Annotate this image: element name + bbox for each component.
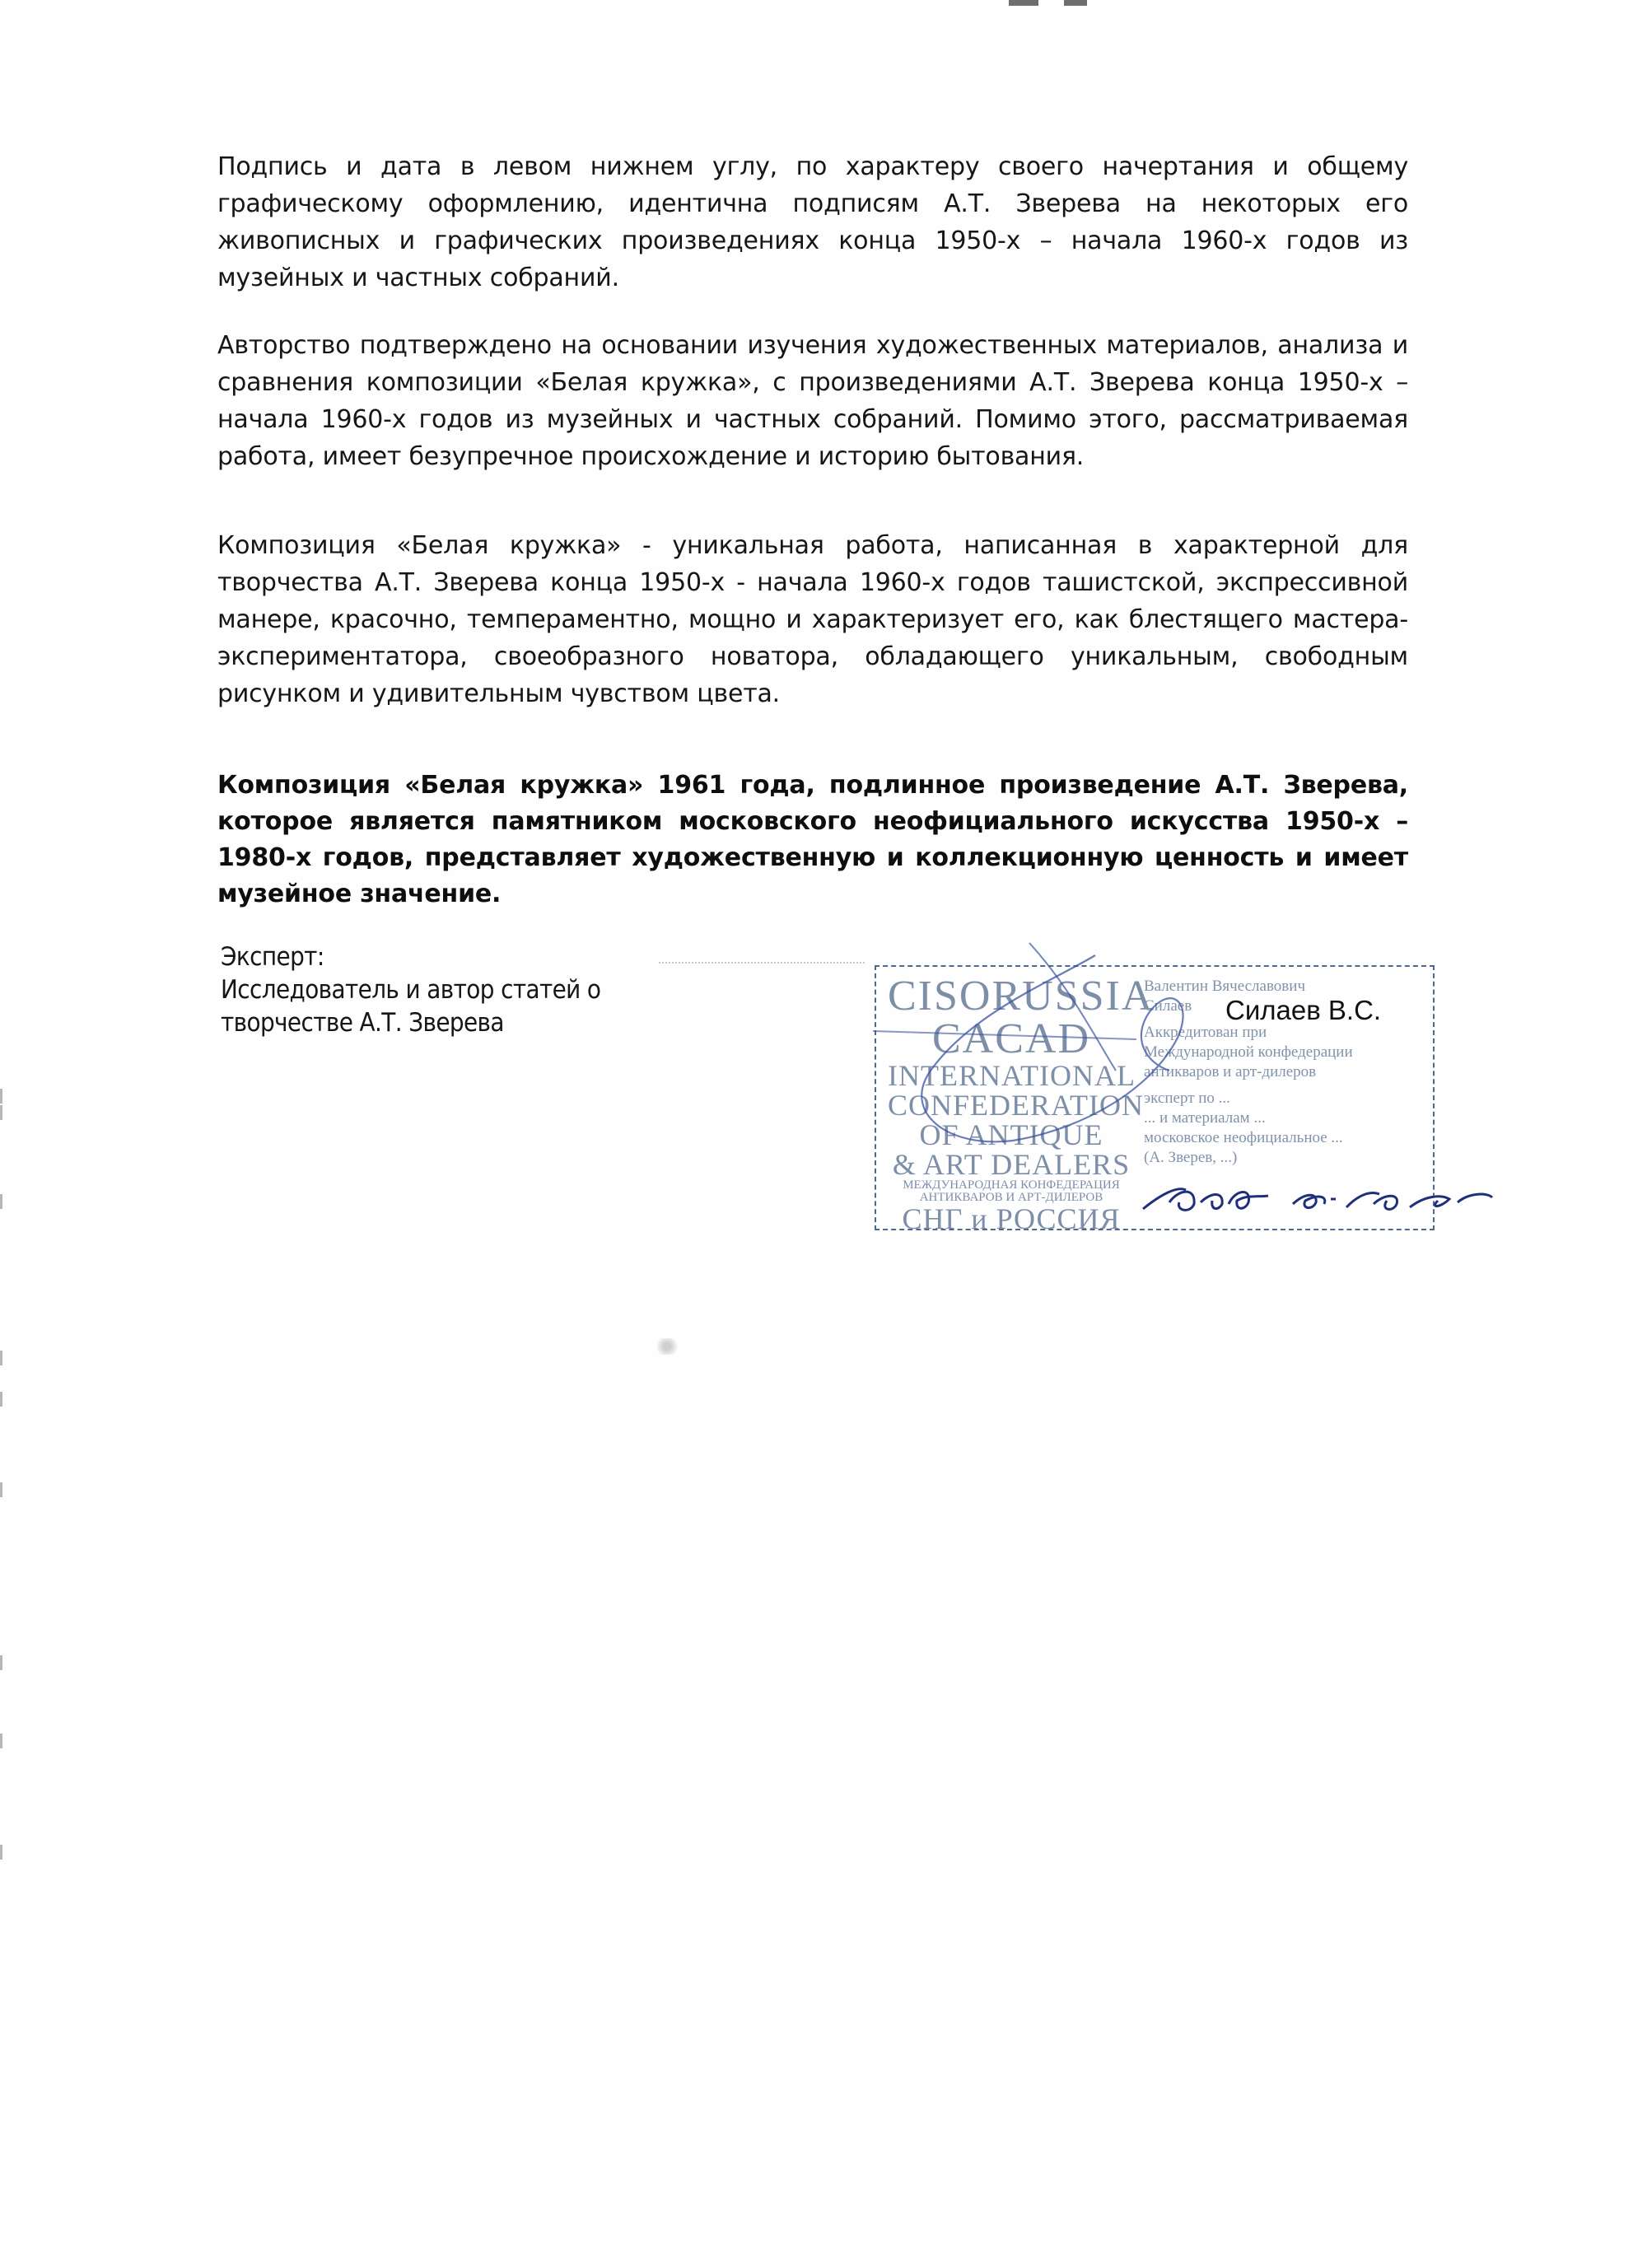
stamp-line: Международной конфедерации (1144, 1043, 1428, 1062)
punch-hole-mark (0, 1734, 2, 1748)
stamp-logo-text: CISORUSSIA CACAD INTERNATIONAL CONFEDERA… (888, 975, 1135, 1234)
punch-hole-mark (0, 1392, 2, 1407)
stamp-line: МЕЖДУНАРОДНАЯ КОНФЕДЕРАЦИЯ (888, 1179, 1135, 1192)
punch-hole-mark (0, 1351, 2, 1365)
expert-label: Эксперт: (221, 940, 600, 973)
stamp-line: INTERNATIONAL (888, 1061, 1135, 1090)
expert-printed-name: Силаев В.С. (1225, 995, 1381, 1026)
paragraph-composition-description: Композиция «Белая кружка» - уникальная р… (217, 527, 1408, 712)
stamp-line: OF ANTIQUE (888, 1120, 1135, 1150)
punch-hole-mark (0, 1482, 2, 1497)
stamp-line: CONFEDERATION (888, 1090, 1135, 1120)
document-page: Подпись и дата в левом нижнем углу, по х… (0, 0, 1647, 2268)
stamp-line: Валентин Вячеславович (1144, 977, 1428, 996)
stamp-line: СНГ и РОССИЯ (888, 1204, 1135, 1234)
paragraph-authorship: Авторство подтверждено на основании изуч… (217, 327, 1408, 475)
stamp-line: CACAD (888, 1018, 1135, 1061)
stamp-line: CISORUSSIA (888, 975, 1135, 1018)
paragraph-signature-analysis: Подпись и дата в левом нижнем углу, по х… (217, 148, 1408, 296)
paragraph-text: Авторство подтверждено на основании изуч… (217, 327, 1408, 475)
scan-artifact (1009, 0, 1038, 6)
signature-line (659, 962, 865, 964)
scan-artifact (1064, 0, 1087, 6)
stamp-line: эксперт по ... (1144, 1089, 1428, 1108)
paragraph-conclusion: Композиция «Белая кружка» 1961 года, под… (217, 768, 1408, 912)
punch-hole-mark (0, 1845, 2, 1860)
stamp-line: московское неофициальное ... (1144, 1128, 1428, 1148)
punch-hole-mark (0, 1105, 2, 1120)
stamp-line: антикваров и арт-дилеров (1144, 1062, 1428, 1082)
scan-artifact (651, 1338, 684, 1355)
punch-hole-mark (0, 1655, 2, 1670)
punch-hole-mark (0, 1089, 2, 1104)
expert-role-line: творчестве А.Т. Зверева (221, 1006, 600, 1039)
stamp-line: ... и материалам ... (1144, 1108, 1428, 1128)
expert-signature-block: Эксперт: Исследователь и автор статей о … (221, 940, 600, 1039)
paragraph-text: Композиция «Белая кружка» - уникальная р… (217, 527, 1408, 712)
paragraph-text: Подпись и дата в левом нижнем углу, по х… (217, 148, 1408, 296)
punch-hole-mark (0, 1194, 2, 1209)
stamp-line: (А. Зверев, ...) (1144, 1148, 1428, 1168)
expert-role-line: Исследователь и автор статей о (221, 973, 600, 1006)
conclusion-text: Композиция «Белая кружка» 1961 года, под… (217, 768, 1408, 912)
stamp-line: & ART DEALERS (888, 1150, 1135, 1179)
